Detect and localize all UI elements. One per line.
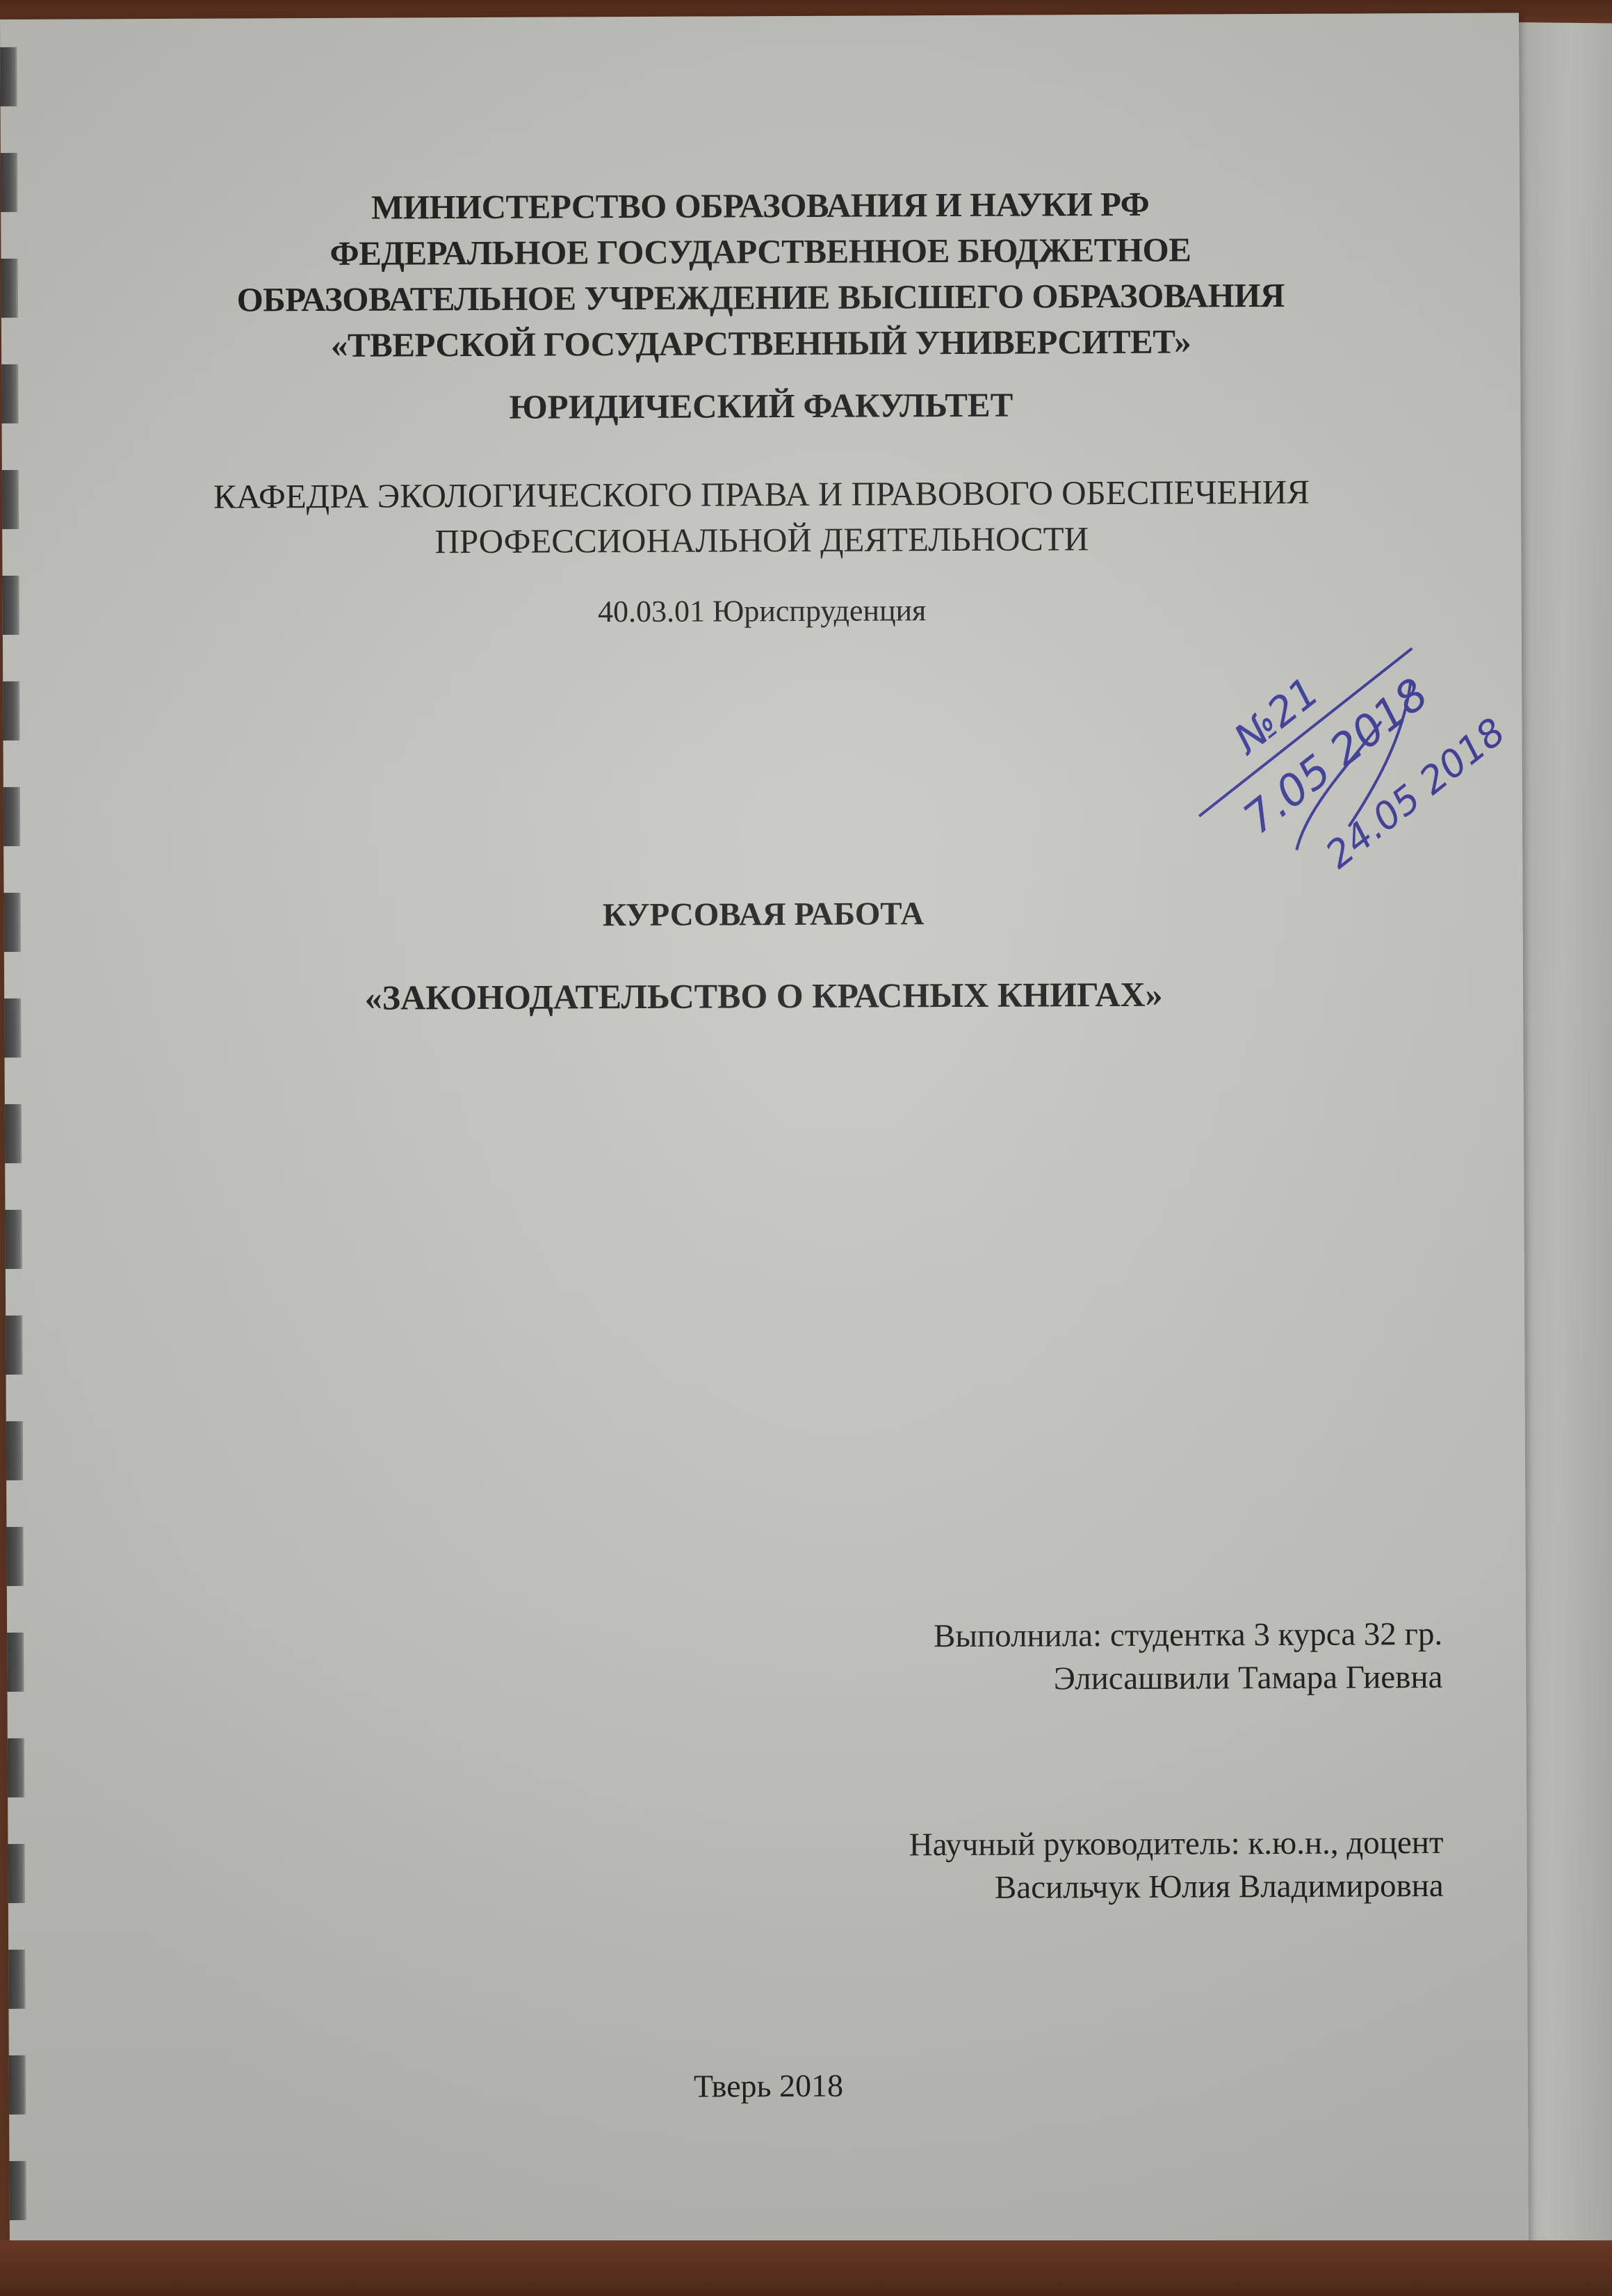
binding-slot (9, 2161, 26, 2220)
work-type: КУРСОВАЯ РАБОТА (4, 892, 1523, 937)
header-line: ОБРАЗОВАТЕЛЬНОЕ УЧРЕЖДЕНИЕ ВЫСШЕГО ОБРАЗ… (1, 271, 1520, 324)
handwritten-registration-note: №21 7.05 2018 24.05 2018 (1157, 583, 1547, 897)
department-name: КАФЕДРА ЭКОЛОГИЧЕСКОГО ПРАВА И ПРАВОВОГО… (2, 468, 1522, 567)
faculty-name: ЮРИДИЧЕСКИЙ ФАКУЛЬТЕТ (1, 382, 1520, 429)
binding-slot (6, 1316, 22, 1375)
author-line: Выполнила: студентка 3 курса 32 гр. (934, 1612, 1442, 1658)
author-block: Выполнила: студентка 3 курса 32 гр. Элис… (934, 1612, 1443, 1701)
institution-header: МИНИСТЕРСТВО ОБРАЗОВАНИЯ И НАУКИ РФ ФЕДЕ… (1, 179, 1520, 370)
binding-slot (6, 1527, 23, 1586)
binding-slot (8, 1738, 24, 1797)
advisor-line: Научный руководитель: к.ю.н., доцент (909, 1821, 1444, 1866)
header-line: ФЕДЕРАЛЬНОЕ ГОСУДАРСТВЕННОЕ БЮДЖЕТНОЕ (1, 225, 1520, 278)
title-page: МИНИСТЕРСТВО ОБРАЗОВАНИЯ И НАУКИ РФ ФЕДЕ… (0, 13, 1529, 2262)
advisor-name: Васильчук Юлия Владимировна (909, 1864, 1444, 1909)
work-title: «ЗАКОНОДАТЕЛЬСТВО О КРАСНЫХ КНИГАХ» (4, 972, 1523, 1019)
binding-slot (0, 47, 17, 106)
author-name: Элисашвили Тамара Гиевна (934, 1656, 1442, 1701)
wood-surface-bottom (0, 2240, 1612, 2296)
binding-slot (5, 1210, 22, 1269)
header-line: МИНИСТЕРСТВО ОБРАЗОВАНИЯ И НАУКИ РФ (1, 179, 1520, 232)
department-line: КАФЕДРА ЭКОЛОГИЧЕСКОГО ПРАВА И ПРАВОВОГО… (2, 468, 1521, 521)
header-line: «ТВЕРСКОЙ ГОСУДАРСТВЕННЫЙ УНИВЕРСИТЕТ» (1, 317, 1520, 370)
advisor-block: Научный руководитель: к.ю.н., доцент Вас… (909, 1821, 1444, 1909)
binding-slot (3, 681, 19, 741)
binding-slot (3, 787, 20, 846)
department-line: ПРОФЕССИОНАЛЬНОЙ ДЕЯТЕЛЬНОСТИ (2, 514, 1521, 567)
binding-slot (6, 1421, 23, 1480)
binding-slot (5, 1104, 22, 1163)
binding-slot (8, 1950, 25, 2009)
binding-slot (7, 1633, 24, 1692)
binding-slot (8, 1844, 24, 1903)
city-year: Тверь 2018 (9, 2064, 1528, 2108)
